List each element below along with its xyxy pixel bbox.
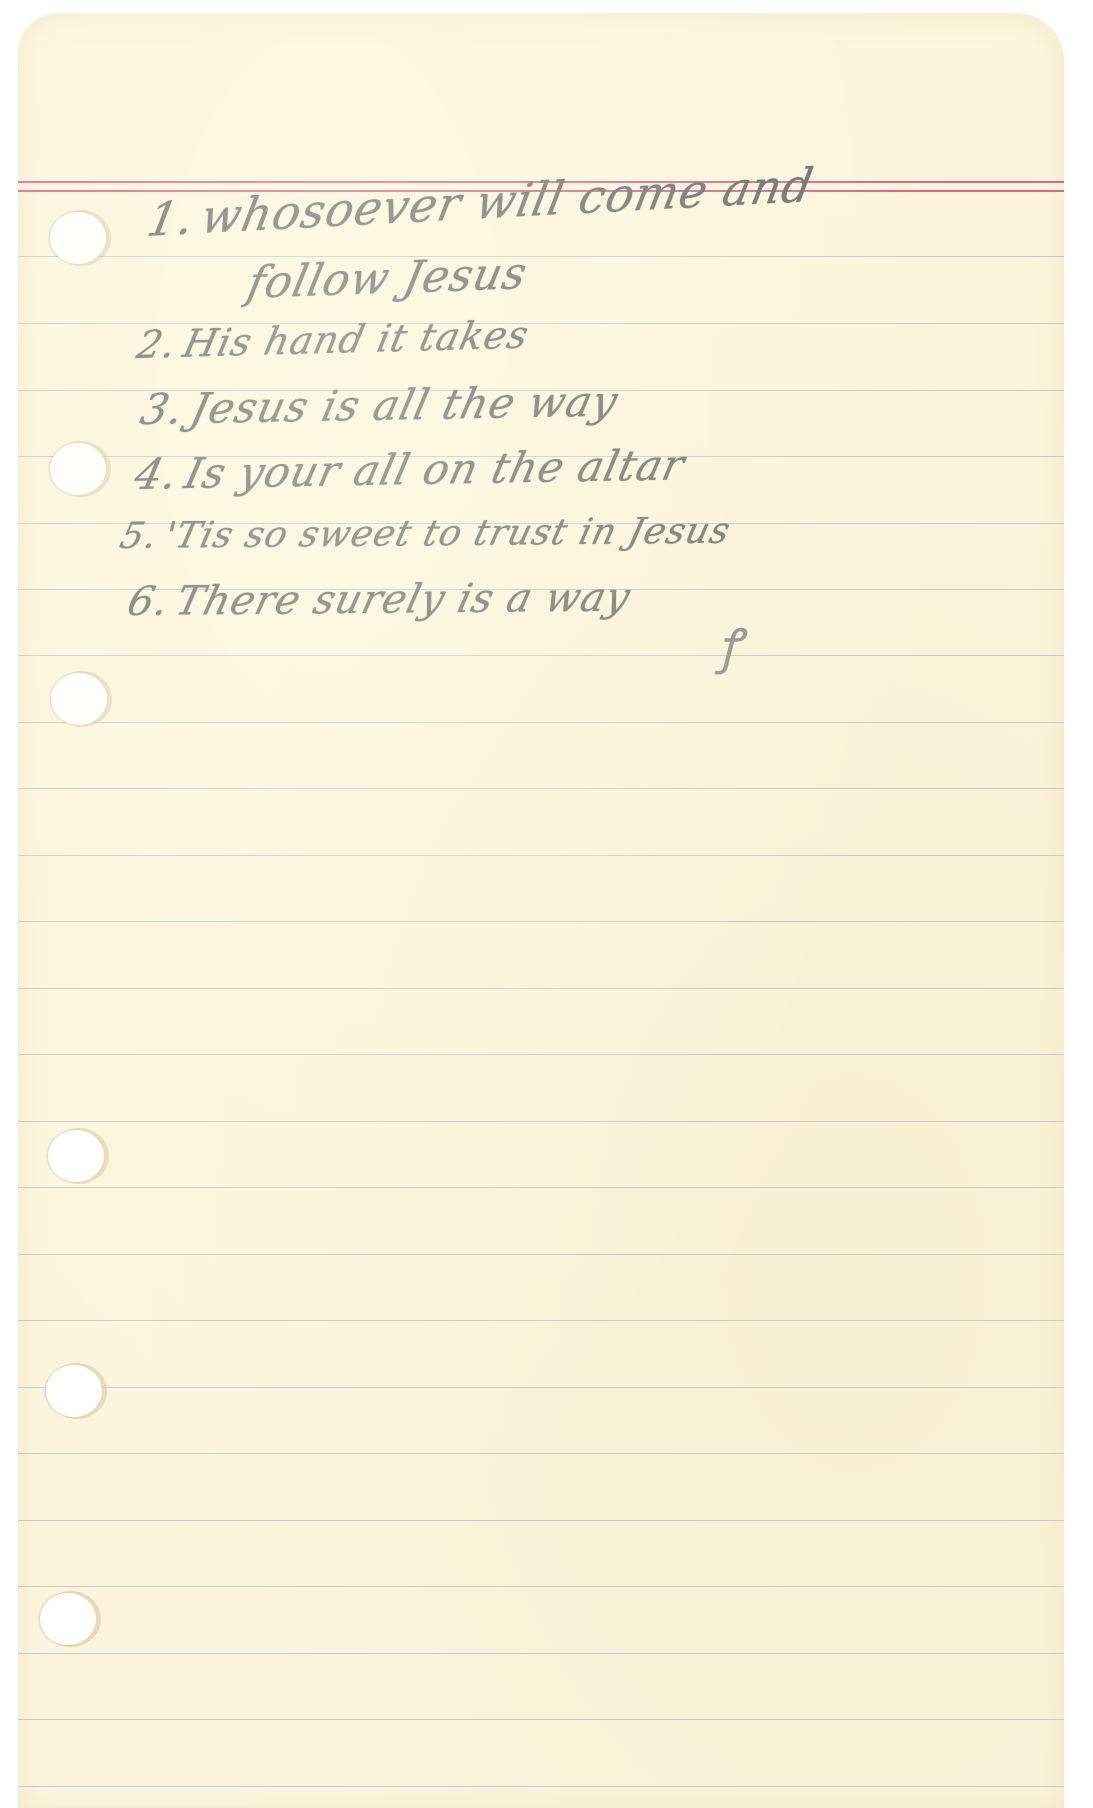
rule-line: [18, 1719, 1064, 1720]
list-item-3: 3.Jesus is all the way: [136, 376, 623, 434]
list-item-text: There surely is a way: [171, 575, 635, 625]
rule-line: [18, 1520, 1064, 1521]
notebook-page: 1.whosoever will come and follow Jesus 2…: [18, 13, 1064, 1808]
list-item-text: Jesus is all the way: [186, 376, 623, 433]
hole-punch: [40, 1593, 96, 1645]
list-item-text: whosoever will come and: [197, 158, 818, 245]
rule-line: [18, 988, 1064, 989]
rule-line: [18, 1387, 1064, 1388]
rule-line: [18, 1254, 1064, 1255]
list-item-number: 5.: [116, 516, 162, 557]
list-item-5: 5.'Tis so sweet to trust in Jesus: [116, 511, 735, 557]
hole-punch: [48, 1130, 104, 1182]
rule-line: [18, 855, 1064, 856]
pencil-mark: ꝭ: [718, 613, 741, 678]
rule-line: [18, 1653, 1064, 1654]
rule-line: [18, 1054, 1064, 1055]
list-item-text: His hand it takes: [179, 313, 533, 366]
list-item-6: 6.There surely is a way: [123, 575, 635, 625]
hole-punch: [50, 212, 106, 264]
rule-line: [18, 921, 1064, 922]
list-item-4: 4.Is your all on the altar: [130, 440, 690, 499]
rule-line: [18, 1586, 1064, 1587]
list-item-text: follow Jesus: [243, 248, 532, 309]
list-item-number: 6.: [123, 579, 174, 625]
list-item-number: 3.: [136, 384, 189, 434]
list-item-number: 2.: [133, 322, 181, 367]
hole-punch: [46, 1365, 102, 1417]
rule-line: [18, 1187, 1064, 1188]
rule-line: [18, 1121, 1064, 1122]
rule-line: [18, 1786, 1064, 1787]
list-item-text: Is your all on the altar: [180, 440, 690, 498]
rule-line: [18, 1453, 1064, 1454]
rule-line: [18, 256, 1064, 257]
hole-punch: [50, 443, 106, 495]
list-item-1: 1.whosoever will come and: [143, 158, 818, 247]
rule-line: [18, 722, 1064, 723]
list-item-1-continuation: follow Jesus: [243, 248, 532, 309]
rule-line: [18, 655, 1064, 656]
rule-line: [18, 788, 1064, 789]
list-item-2: 2.His hand it takes: [133, 313, 533, 367]
list-item-text: 'Tis so sweet to trust in Jesus: [160, 511, 734, 557]
hole-punch: [51, 673, 107, 725]
list-item-number: 1.: [143, 190, 199, 247]
rule-line: [18, 1320, 1064, 1321]
